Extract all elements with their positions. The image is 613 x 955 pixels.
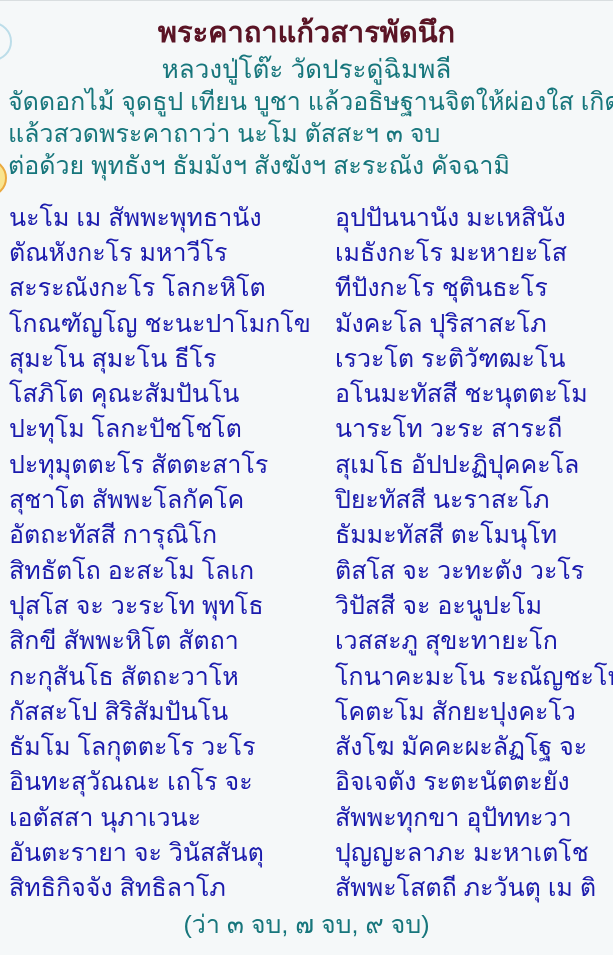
chant-right-text: อโนมะทัสสี ชะนุตตะโม xyxy=(335,374,613,414)
chant-row: ปุสโส จะ วะระโท พุทโธวิปัสสี จะ อะนูปะโม xyxy=(0,588,613,623)
chant-row: ปะทุโม โลกะปัชโชโตนาระโท วะระ สาระถี xyxy=(0,412,613,447)
chant-row: ตัณหังกะโร มหาวีโรเมธังกะโร มะหายะโส xyxy=(0,235,613,270)
chant-right-text: สัพพะโสตถี ภะวันตุ เม ติ xyxy=(335,868,613,908)
page-subtitle: หลวงปู่โต๊ะ วัดประดู่ฉิมพลี xyxy=(0,53,613,86)
chant-row: โกณฑัญโญ ชะนะปาโมกโขมังคะโล ปุริสาสะโภ xyxy=(0,306,613,341)
prayer-document-page: พระคาถาแก้วสารพัดนึก หลวงปู่โต๊ะ วัดประด… xyxy=(0,0,613,955)
chant-row: สุมะโน สุมะโน ธีโรเรวะโต ระติวัฑฒะโน xyxy=(0,341,613,376)
chant-right-text: ติสโส จะ วะทะตัง วะโร xyxy=(335,551,613,591)
chant-left-text: สุมะโน สุมะโน ธีโร xyxy=(9,339,335,379)
chant-left-text: อินทะสุวัณณะ เถโร จะ xyxy=(9,762,335,802)
chant-right-text: อุปปันนานัง มะเหสินัง xyxy=(335,198,613,238)
chant-row: กัสสะโป สิริสัมปันโนโคตะโม สักยะปุงคะโว xyxy=(0,694,613,729)
chant-left-text: ปะทุมุตตะโร สัตตะสาโร xyxy=(9,445,335,485)
chant-left-text: เอตัสสา นุภาเวนะ xyxy=(9,798,335,838)
repeat-count-note: (ว่า ๓ จบ, ๗ จบ, ๙ จบ) xyxy=(0,909,613,941)
chant-row: อัตถะทัสสี การุณิโกธัมมะทัสสี ตะโมนุโท xyxy=(0,518,613,553)
chant-right-text: ธัมมะทัสสี ตะโมนุโท xyxy=(335,515,613,555)
instruction-line: จัดดอกไม้ จุดธูป เทียน บูชา แล้วอธิษฐานจ… xyxy=(8,86,613,118)
chant-row: ธัมโม โลกุตตะโร วะโรสังโฆ มัคคะผะลัฏโฐ จ… xyxy=(0,729,613,764)
chant-right-text: โกนาคะมะโน ระณัญชะโห xyxy=(335,657,613,697)
chant-right-text: โคตะโม สักยะปุงคะโว xyxy=(335,692,613,732)
chant-right-text: สังโฆ มัคคะผะลัฏโฐ จะ xyxy=(335,727,613,767)
chant-left-text: อัตถะทัสสี การุณิโก xyxy=(9,515,335,555)
chant-row: เอตัสสา นุภาเวนะสัพพะทุกขา อุปัททะวา xyxy=(0,800,613,835)
page-title: พระคาถาแก้วสารพัดนึก xyxy=(0,1,613,53)
chant-row: สะระณังกะโร โลกะหิโตทีปังกะโร ชุตินธะโร xyxy=(0,271,613,306)
chant-left-text: สิกขี สัพพะหิโต สัตถา xyxy=(9,621,335,661)
chant-right-text: มังคะโล ปุริสาสะโภ xyxy=(335,304,613,344)
chant-left-text: สิทธัตโถ อะสะโม โลเก xyxy=(9,551,335,591)
chant-right-text: วิปัสสี จะ อะนูปะโม xyxy=(335,586,613,626)
chant-left-text: โกณฑัญโญ ชะนะปาโมกโข xyxy=(9,304,335,344)
chant-row: ปะทุมุตตะโร สัตตะสาโรสุเมโธ อัปปะฏิปุคคะ… xyxy=(0,447,613,482)
chant-right-text: นาระโท วะระ สาระถี xyxy=(335,409,613,449)
chant-right-text: สุเมโธ อัปปะฏิปุคคะโล xyxy=(335,445,613,485)
chant-left-text: สิทธิกิจจัง สิทธิลาโภ xyxy=(9,868,335,908)
chant-row: กะกุสันโธ สัตถะวาโหโกนาคะมะโน ระณัญชะโห xyxy=(0,659,613,694)
instruction-line: แล้วสวดพระคาถาว่า นะโม ตัสสะฯ ๓ จบ xyxy=(8,118,613,150)
chant-left-text: กะกุสันโธ สัตถะวาโห xyxy=(9,657,335,697)
chant-left-text: อันตะรายา จะ วินัสสันตุ xyxy=(9,833,335,873)
chant-right-text: ปุญญะลาภะ มะหาเตโช xyxy=(335,833,613,873)
chant-row: โสภิโต คุณะสัมปันโนอโนมะทัสสี ชะนุตตะโม xyxy=(0,376,613,411)
chant-row: สุชาโต สัพพะโลกัคโคปิยะทัสสี นะราสะโภ xyxy=(0,482,613,517)
chant-right-text: เรวะโต ระติวัฑฒะโน xyxy=(335,339,613,379)
chant-left-text: โสภิโต คุณะสัมปันโน xyxy=(9,374,335,414)
chant-left-text: นะโม เม สัพพะพุทธานัง xyxy=(9,198,335,238)
chant-row: สิกขี สัพพะหิโต สัตถาเวสสะภู สุขะทายะโก xyxy=(0,624,613,659)
chant-row: สิทธัตโถ อะสะโม โลเกติสโส จะ วะทะตัง วะโ… xyxy=(0,553,613,588)
chant-right-text: สัพพะทุกขา อุปัททะวา xyxy=(335,798,613,838)
chant-left-text: ธัมโม โลกุตตะโร วะโร xyxy=(9,727,335,767)
chant-right-text: เวสสะภู สุขะทายะโก xyxy=(335,621,613,661)
chant-row: อันตะรายา จะ วินัสสันตุปุญญะลาภะ มะหาเตโ… xyxy=(0,835,613,870)
chant-left-text: ปะทุโม โลกะปัชโชโต xyxy=(9,409,335,449)
chant-row: นะโม เม สัพพะพุทธานังอุปปันนานัง มะเหสิน… xyxy=(0,200,613,235)
chant-right-text: ทีปังกะโร ชุตินธะโร xyxy=(335,268,613,308)
instructions-block: จัดดอกไม้ จุดธูป เทียน บูชา แล้วอธิษฐานจ… xyxy=(0,86,613,182)
chant-verses: นะโม เม สัพพะพุทธานังอุปปันนานัง มะเหสิน… xyxy=(0,200,613,906)
chant-row: อินทะสุวัณณะ เถโร จะอิจเจตัง ระตะนัตตะยั… xyxy=(0,765,613,800)
chant-left-text: กัสสะโป สิริสัมปันโน xyxy=(9,692,335,732)
chant-left-text: ปุสโส จะ วะระโท พุทโธ xyxy=(9,586,335,626)
chant-row: สิทธิกิจจัง สิทธิลาโภสัพพะโสตถี ภะวันตุ … xyxy=(0,871,613,906)
chant-left-text: ตัณหังกะโร มหาวีโร xyxy=(9,233,335,273)
chant-right-text: เมธังกะโร มะหายะโส xyxy=(335,233,613,273)
chant-right-text: ปิยะทัสสี นะราสะโภ xyxy=(335,480,613,520)
chant-left-text: สะระณังกะโร โลกะหิโต xyxy=(9,268,335,308)
instruction-line: ต่อด้วย พุทธังฯ ธัมมังฯ สังฆังฯ สะระณัง … xyxy=(8,150,613,182)
chant-right-text: อิจเจตัง ระตะนัตตะยัง xyxy=(335,762,613,802)
chant-left-text: สุชาโต สัพพะโลกัคโค xyxy=(9,480,335,520)
